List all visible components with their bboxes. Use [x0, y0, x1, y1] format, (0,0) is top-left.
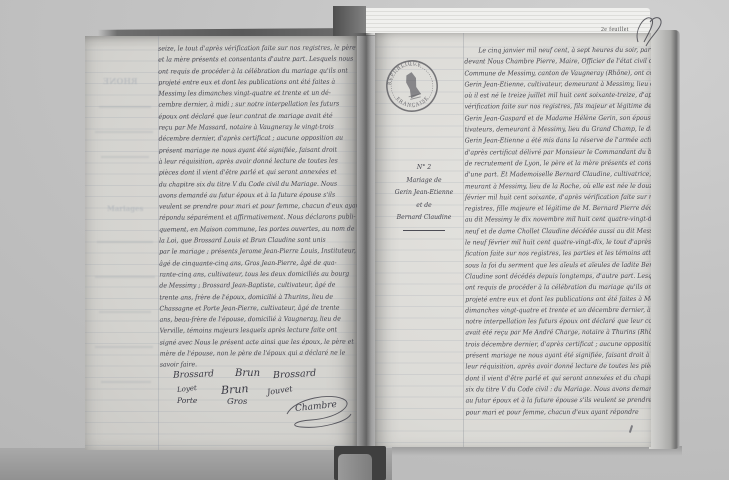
bleed-through-smudge — [97, 241, 153, 243]
manuscript-line: meurant à Messimy, lieu de la Roche, où … — [465, 180, 651, 192]
manuscript-line: sous la foi du serment que les aïeuls et… — [465, 259, 651, 271]
margin-note-line: Bernard Claudine — [387, 211, 461, 224]
margin-note-line: Mariage de — [387, 174, 461, 187]
signature: Gros — [227, 397, 247, 407]
book-cradle-roller — [338, 454, 372, 480]
manuscript-line: dont il vient d'être parlé et qui seront… — [465, 372, 651, 384]
manuscript-text-block: seize, le tout d'après vérification fait… — [158, 42, 357, 371]
manuscript-line: dimanches vingt-quatre et trente et un d… — [465, 304, 651, 316]
signature-flourish — [281, 388, 355, 430]
manuscript-line: Gerin Jean-Etienne a été mis dans la rés… — [465, 135, 651, 147]
right-fore-edge-page-stack — [649, 30, 680, 449]
manuscript-line: ont requis de procéder à la célébration … — [465, 282, 651, 294]
spine-top-edge — [333, 6, 366, 36]
manuscript-line: le neuf février mil huit cent quatre-vin… — [465, 237, 651, 249]
manuscript-line: neuf et de dame Chollet Claudine décédée… — [465, 225, 651, 237]
signature: Brun — [235, 368, 260, 379]
manuscript-line: projeté entre eux et dont les publicatio… — [465, 293, 651, 305]
folio-label: 2e feuillet — [601, 27, 629, 33]
book-gutter-shadow — [352, 33, 378, 449]
manuscript-line: au futur époux et à la future épouse s'i… — [466, 395, 651, 407]
manuscript-line: Commune de Messimy, canton de Vaugneray … — [464, 67, 651, 79]
manuscript-line: tivateurs, demeurant à Messimy, lieu du … — [465, 124, 651, 136]
manuscript-line: d'après certificat délivré par Monsieur … — [465, 146, 651, 158]
manuscript-line: vérification faite sur nos registres, fi… — [465, 101, 651, 113]
manuscript-line: où il est né le treize juillet mil huit … — [465, 90, 651, 102]
manuscript-line: registres, fille majeure et légitime de … — [465, 203, 651, 215]
manuscript-line: Gerin Jean-Etienne, cultivateur, demeura… — [464, 79, 651, 91]
manuscript-line: avait été reçu par Me André Charge, nota… — [465, 327, 651, 339]
margin-note-line: Gerin Jean-Etienne — [387, 186, 461, 199]
manuscript-line: Le cinq janvier mil neuf cent, à sept he… — [464, 45, 651, 57]
manuscript-line: six du titre V du Code civil : du Mariag… — [466, 384, 651, 396]
manuscript-text-block: Le cinq janvier mil neuf cent, à sept he… — [464, 45, 651, 419]
margin-note-line: et de — [387, 199, 461, 212]
signature: Brun — [221, 382, 249, 397]
right-page-bottom-shadow — [392, 446, 682, 456]
bleed-through-smudge — [101, 381, 151, 383]
manuscript-line: trois décembre dernier, d'après certific… — [465, 338, 651, 350]
act-number: N° 2 — [387, 161, 461, 174]
book-cradle-support — [334, 446, 386, 480]
manuscript-line: pour mari et pour femme, chacun d'eux ay… — [466, 406, 651, 418]
signature: Brossard — [173, 369, 214, 380]
manuscript-line: au dit Messimy le dix novembre mil huit … — [465, 214, 651, 226]
signature: Porte — [177, 396, 197, 405]
manuscript-line: d'une part. Et Mademoiselle Bernard Clau… — [465, 169, 651, 181]
photographed-register-page: RHONE Mariages seize, le tout d'après vé… — [0, 0, 729, 480]
margin-note-underline — [403, 230, 445, 231]
signature: Brossard — [273, 368, 317, 381]
manuscript-line: devant Nous Chambre Pierre, Maire, Offic… — [464, 56, 651, 68]
manuscript-line: Claudine sont décédés depuis longtemps, … — [465, 271, 651, 283]
manuscript-line: Gerin Jean-Gaspard et de Madame Hélène G… — [465, 112, 651, 124]
folio-handwritten-paraph — [630, 12, 666, 52]
act-margin-note: N° 2 Mariage de Gerin Jean-Etienne et de… — [385, 161, 463, 231]
bleed-through-text: RHONE — [103, 76, 138, 86]
manuscript-line: leur réquisition, après avoir donné lect… — [465, 361, 651, 373]
manuscript-line: notre interpellation les futurs époux on… — [465, 316, 651, 328]
manuscript-line: février mil huit cent soixante, d'après … — [465, 191, 651, 203]
bleed-through-smudge — [95, 276, 155, 278]
bleed-through-smudge — [95, 346, 153, 348]
bleed-through-text: Mariages — [107, 204, 143, 213]
bleed-through-smudge — [101, 156, 149, 158]
manuscript-line: fication faite sur nos registres, les pa… — [465, 248, 651, 260]
left-page: RHONE Mariages seize, le tout d'après vé… — [85, 36, 357, 450]
manuscript-line: de recrutement de Lyon, le père et la mè… — [465, 158, 651, 170]
bleed-through-smudge — [99, 311, 151, 313]
bleed-through-smudge — [95, 131, 153, 133]
manuscript-line: présent mariage ne nous ayant été signif… — [465, 350, 651, 362]
bleed-through-smudge — [99, 106, 151, 108]
